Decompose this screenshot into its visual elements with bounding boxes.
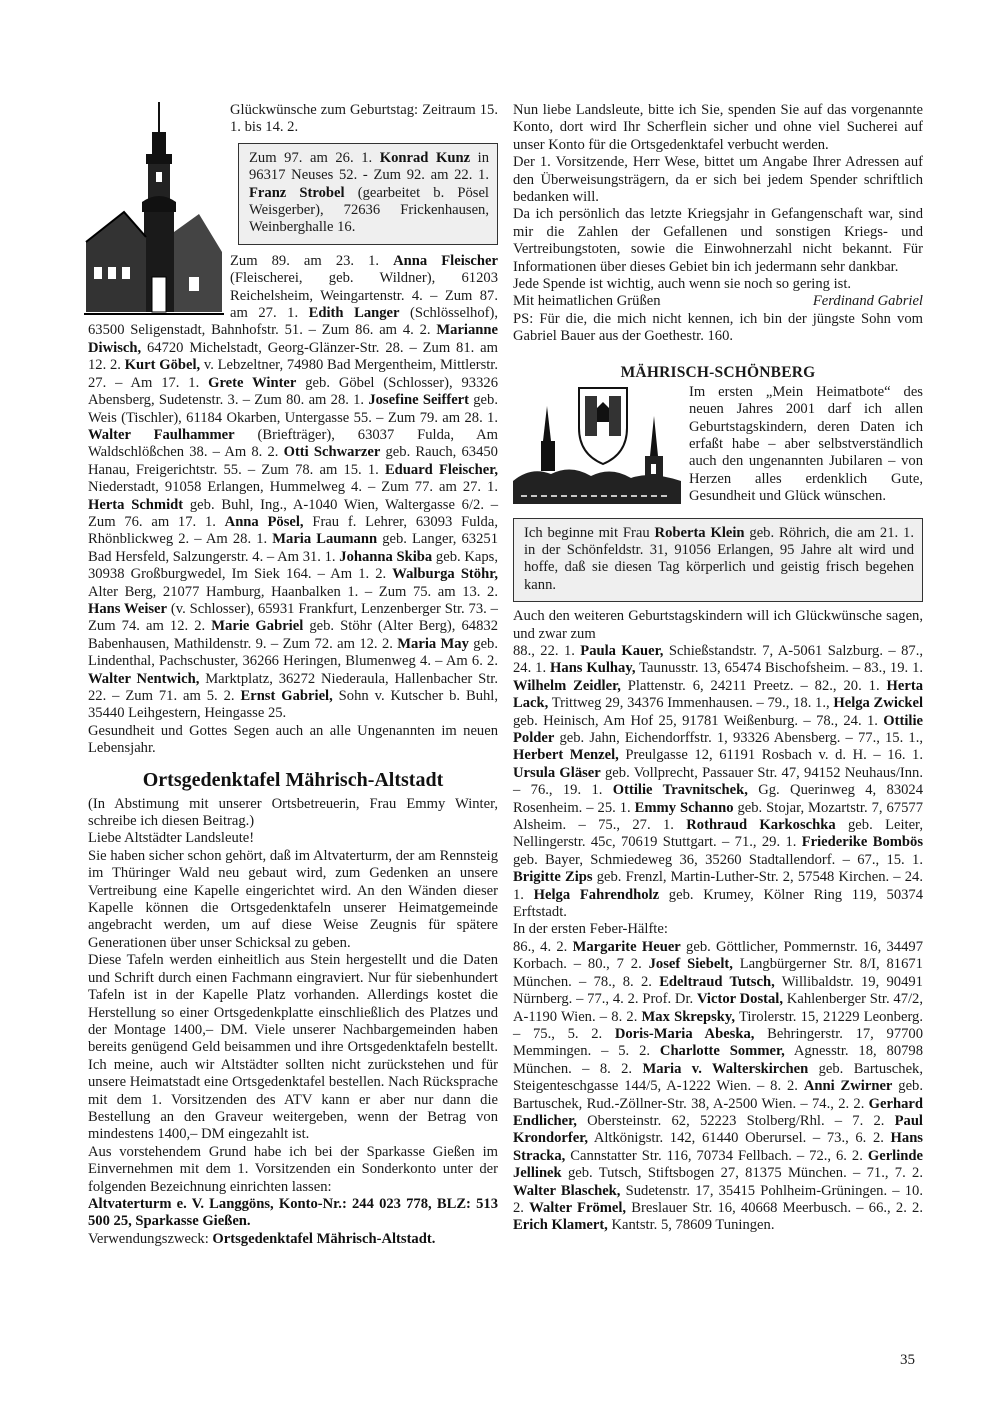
section-title-altstadt: Ortsgedenktafel Mährisch-Altstadt [88, 768, 498, 792]
person-name: Max Skrepsky, [642, 1009, 736, 1025]
text-segment: Zum 97. am 26. 1. [249, 150, 380, 166]
paragraph: Aus vorstehendem Grund habe ich bei der … [88, 1144, 498, 1196]
town-coat-of-arms-illustration [511, 386, 683, 504]
text-segment: Cannstatter Str. 116, 70734 Fellbach. – … [565, 1148, 868, 1164]
signature-row: Mit heimatlichen Grüßen Ferdinand Gabrie… [513, 293, 923, 310]
person-name: Eduard Fleischer, [385, 462, 498, 478]
person-name: Anni Zwirner [804, 1078, 893, 1094]
person-name: Marie Gabriel [211, 618, 303, 634]
paragraph: Der 1. Vorsitzende, Herr Wese, bittet um… [513, 154, 923, 206]
person-name: Anna Fleischer [393, 253, 498, 269]
text-segment: 86., 4. 2. [513, 939, 573, 955]
person-name: Walter Nentwich, [88, 671, 199, 687]
section-title-schoenberg: MÄHRISCH-SCHÖNBERG [513, 364, 923, 382]
highlight-box-left: Zum 97. am 26. 1. Konrad Kunz in 96317 N… [238, 143, 498, 245]
person-name: Josef Siebelt, [649, 956, 733, 972]
text-segment: geb. Tutsch, Stiftsbogen 27, 81375 Münch… [562, 1165, 923, 1181]
person-name: Edith Langer [309, 305, 400, 321]
text-segment: Altkönigstr. 142, 61440 Oberursel. – 73.… [588, 1130, 891, 1146]
person-name: Herta Schmidt [88, 497, 183, 513]
person-name: Victor Dostal, [697, 991, 783, 1007]
purpose-value: Ortsgedenktafel Mährisch-Altstadt. [212, 1231, 435, 1247]
person-name: Edeltraud Tutsch, [659, 974, 775, 990]
person-name: Helga Zwickel [833, 695, 923, 711]
person-name: Johanna Skiba [339, 549, 432, 565]
person-name: Walburga Stöhr, [392, 566, 498, 582]
person-name: Erich Klamert, [513, 1217, 608, 1233]
birthday-list-january: 88., 22. 1. Paula Kauer, Schießstandstr.… [513, 643, 923, 922]
postscript: PS: Für die, die mich nicht kennen, ich … [513, 311, 923, 346]
highlight-box-right: Ich beginne mit Frau Roberta Klein geb. … [513, 518, 923, 603]
person-name: Walter Blaschek, [513, 1183, 620, 1199]
person-name: Margarite Heuer [573, 939, 681, 955]
right-column: Nun liebe Landsleute, bitte ich Sie, spe… [513, 102, 923, 1235]
text-segment: geb. Bayer, Schmiedeweg 36, 35260 Stadta… [513, 852, 923, 868]
person-name: Helga Fahrendholz [534, 887, 659, 903]
birthday-list-left: Zum 89. am 23. 1. Anna Fleischer (Fleisc… [88, 253, 498, 723]
person-name: Josefine Seiffert [368, 392, 469, 408]
text-segment: geb. Jahn, Eichendorffstr. 1, 93326 Aben… [554, 730, 923, 746]
bank-account: Altvaterturm e. V. Langgöns, Konto-Nr.: … [88, 1196, 498, 1231]
text-segment: Zum 89. am 23. 1. [230, 253, 393, 269]
person-name: Friederike Bombös [802, 834, 923, 850]
text-segment: Breslauer Str. 16, 40668 Meerbusch. – 66… [626, 1200, 923, 1216]
greeting: Mit heimatlichen Grüßen [513, 293, 661, 310]
text-segment: 88., 22. 1. [513, 643, 580, 659]
signature: Ferdinand Gabriel [813, 293, 923, 310]
paragraph: Da ich persönlich das letzte Kriegsjahr … [513, 206, 923, 276]
person-name: Ottilie Travnitschek, [613, 782, 748, 798]
person-name: Ursula Gläser [513, 765, 601, 781]
paragraph: Sie haben sicher schon gehört, daß im Al… [88, 848, 498, 952]
person-name: Kurt Göbel, [125, 357, 201, 373]
text-segment: Trittweg 29, 34376 Immenhausen. – 79., 1… [548, 695, 833, 711]
account-details: Altvaterturm e. V. Langgöns, Konto-Nr.: … [88, 1196, 498, 1229]
text-segment: Alter Berg, 21077 Hamburg, Haanbalken 1.… [88, 584, 498, 600]
blessing-text: Gesundheit und Gottes Segen auch an alle… [88, 723, 498, 758]
person-name: Otti Schwarzer [284, 444, 381, 460]
person-name: Maria v. Walterskirchen [642, 1061, 808, 1077]
person-name: Franz Strobel [249, 185, 345, 201]
birthday-list-february: 86., 4. 2. Margarite Heuer geb. Göttlich… [513, 939, 923, 1235]
text-segment: Niederstadt, 91058 Erlangen, Hummelweg 4… [88, 479, 498, 495]
text-segment: geb. Heinisch, Am Hof 25, 91781 Weißenbu… [513, 713, 883, 729]
person-name: Rothraud Karkoschka [686, 817, 835, 833]
person-name: Emmy Schanno [635, 800, 734, 816]
person-name: Doris-Maria Abeska, [615, 1026, 755, 1042]
person-name: Wilhelm Zeidler, [513, 678, 621, 694]
church-tower-illustration [84, 102, 224, 322]
person-name: Hans Weiser [88, 601, 167, 617]
feb-label: In der ersten Feber-Hälfte: [513, 921, 923, 938]
person-name: Maria May [397, 636, 469, 652]
text-segment: Preulgasse 12, 61191 Rosbach v. d. H. – … [619, 747, 923, 763]
person-name: Ernst Gabriel, [240, 688, 332, 704]
paragraph: Jede Spende ist wichtig, auch wenn sie n… [513, 276, 923, 293]
person-name: Roberta Klein [655, 525, 745, 541]
text-segment: Kantstr. 5, 78609 Tuningen. [608, 1217, 775, 1233]
person-name: Herbert Menzel, [513, 747, 619, 763]
more-intro: Auch den weiteren Geburtstagskindern wil… [513, 608, 923, 643]
page-number: 35 [900, 1352, 915, 1369]
paragraph: Liebe Altstädter Landsleute! [88, 830, 498, 847]
text-segment: Taunusstr. 13, 65474 Bischofsheim. – 83.… [636, 660, 924, 676]
purpose-label: Verwendungszweck: [88, 1231, 212, 1247]
person-name: Charlotte Sommer, [660, 1043, 785, 1059]
person-name: Paula Kauer, [580, 643, 663, 659]
text-segment: Plattenstr. 6, 24211 Preetz. – 82., 20. … [621, 678, 887, 694]
person-name: Grete Winter [208, 375, 296, 391]
paragraph: Diese Tafeln werden einheitlich aus Stei… [88, 952, 498, 1143]
person-name: Brigitte Zips [513, 869, 593, 885]
purpose-line: Verwendungszweck: Ortsgedenktafel Mähris… [88, 1231, 498, 1248]
left-column: Glückwünsche zum Geburtstag: Zeitraum 15… [88, 102, 498, 1248]
person-name: Anna Pösel, [225, 514, 304, 530]
text-segment: Ich beginne mit Frau [524, 525, 655, 541]
person-name: Konrad Kunz [380, 150, 470, 166]
paragraph: (In Abstimung mit unserer Ortsbetreuerin… [88, 796, 498, 831]
person-name: Walter Frömel, [529, 1200, 626, 1216]
text-segment: Obersteinstr. 62, 52223 Stolberg/Rhl. – … [577, 1113, 895, 1129]
person-name: Maria Laumann [272, 531, 377, 547]
person-name: Walter Faulhammer [88, 427, 235, 443]
paragraph: Nun liebe Landsleute, bitte ich Sie, spe… [513, 102, 923, 154]
person-name: Hans Kulhay, [550, 660, 635, 676]
